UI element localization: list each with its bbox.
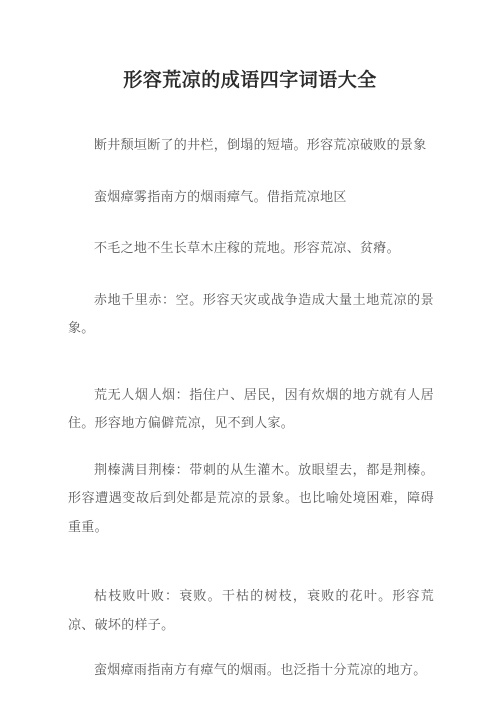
idiom-entry-jingzhenmanmu: 荆榛满目荆榛：带刺的从生灌木。放眼望去，都是荆榛。形容遭遇变故后到处都是荒凉的景… [68,456,434,542]
idiom-entry-manyanzhangyu: 蛮烟瘴雨指南方有瘴气的烟雨。也泛指十分荒凉的地方。 [68,656,434,685]
page-title: 形容荒凉的成语四字词语大全 [0,66,500,96]
document-body: 断井颓垣断了的井栏，倒塌的短墙。形容荒凉破败的景象 蛮烟瘴雾指南方的烟雨瘴气。借… [68,131,434,685]
idiom-entry-bumaozhidi: 不毛之地不生长草木庄稼的荒地。形容荒凉、贫瘠。 [68,234,434,263]
idiom-entry-kuzhibaiye: 枯枝败叶败：衰败。干枯的树枝，衰败的花叶。形容荒凉、破坏的样子。 [68,582,434,639]
idiom-entry-huangwurenyan: 荒无人烟人烟：指住户、居民，因有炊烟的地方就有人居住。形容地方偏僻荒凉，见不到人… [68,381,434,438]
idiom-entry-manyanzhangwu: 蛮烟瘴雾指南方的烟雨瘴气。借指荒凉地区 [68,183,434,212]
idiom-entry-chidiqianli: 赤地千里赤：空。形容天灾或战争造成大量土地荒凉的景象。 [68,286,434,343]
idiom-entry-duanjingtuiyuan: 断井颓垣断了的井栏，倒塌的短墙。形容荒凉破败的景象 [68,131,434,160]
document-page: 形容荒凉的成语四字词语大全 断井颓垣断了的井栏，倒塌的短墙。形容荒凉破败的景象 … [0,0,500,706]
